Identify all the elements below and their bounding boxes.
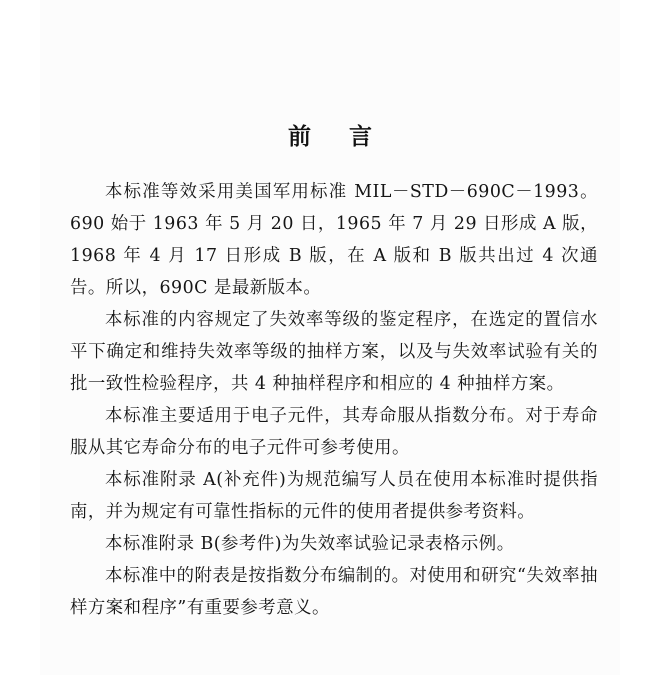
document-body: 本标准等效采用美国军用标准 MIL－STD－690C－1993。690 始于 1… xyxy=(70,176,598,624)
paragraph-tables-note: 本标准中的附表是按指数分布编制的。对使用和研究“失效率抽样方案和程序”有重要参考… xyxy=(70,560,598,624)
paragraph-appendix-b: 本标准附录 B(参考件)为失效率试验记录表格示例。 xyxy=(70,528,598,560)
paragraph-content-scope: 本标准的内容规定了失效率等级的鉴定程序，在选定的置信水平下确定和维持失效率等级的… xyxy=(70,304,598,400)
paragraph-standard-origin: 本标准等效采用美国军用标准 MIL－STD－690C－1993。690 始于 1… xyxy=(70,176,598,304)
page-title: 前言 xyxy=(40,118,620,151)
document-page: 前言 本标准等效采用美国军用标准 MIL－STD－690C－1993。690 始… xyxy=(40,0,620,675)
paragraph-appendix-a: 本标准附录 A(补充件)为规范编写人员在使用本标准时提供指南，并为规定有可靠性指… xyxy=(70,464,598,528)
paragraph-applicability: 本标准主要适用于电子元件，其寿命服从指数分布。对于寿命服从其它寿命分布的电子元件… xyxy=(70,400,598,464)
